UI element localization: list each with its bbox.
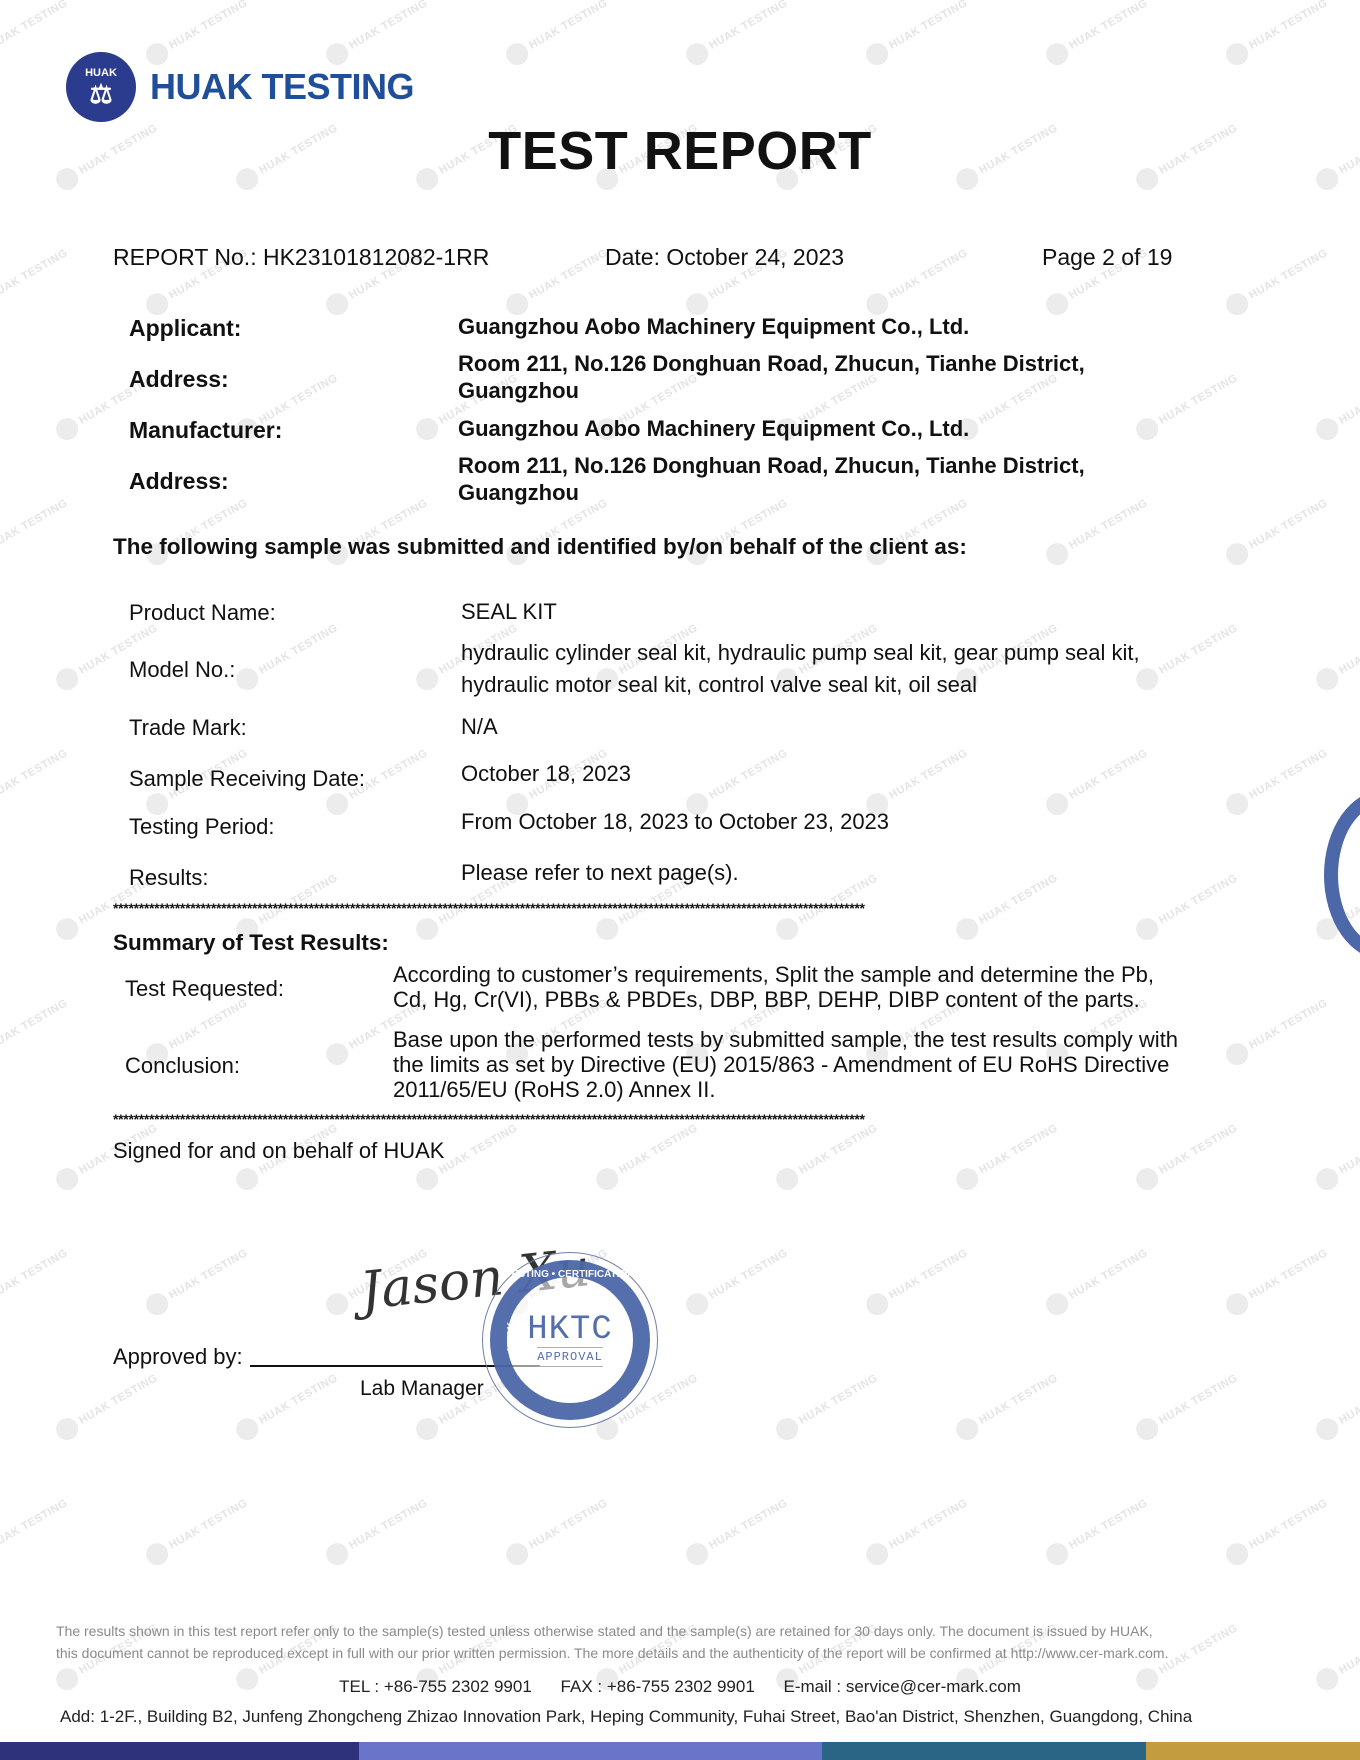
watermark: HUAK TESTING [1222, 243, 1332, 319]
stamp-ring-left-text: HUAK [506, 1322, 517, 1351]
disclaimer-line2: this document cannot be reproduced excep… [56, 1642, 1346, 1664]
watermark: HUAK TESTING [952, 1368, 1062, 1444]
watermark: HUAK TESTING [1222, 493, 1332, 569]
applicant-address-line2: Guangzhou [458, 377, 1085, 404]
product-name-label: Product Name: [129, 600, 276, 626]
email: E-mail : service@cer-mark.com [784, 1677, 1021, 1696]
fax: FAX : +86-755 2302 9901 [561, 1677, 755, 1696]
watermark: HUAK TESTING [862, 1243, 972, 1319]
model-no-label: Model No.: [129, 657, 235, 683]
watermark: HUAK TESTING [862, 1493, 972, 1569]
watermark: HUAK TESTING [1042, 743, 1152, 819]
approval-stamp: HKTC APPROVAL TESTING • CERTIFICATION HU… [482, 1252, 658, 1428]
huak-badge-icon: HUAK ⚖ [66, 52, 136, 122]
model-no-value: hydraulic cylinder seal kit, hydraulic p… [461, 637, 1140, 701]
watermark: HUAK TESTING [0, 243, 72, 319]
sample-intro: The following sample was submitted and i… [113, 534, 967, 560]
manufacturer-label: Manufacturer: [129, 417, 282, 444]
disclaimer: The results shown in this test report re… [56, 1620, 1346, 1664]
separator-bottom: ****************************************… [113, 1111, 1203, 1127]
watermark: HUAK TESTING [682, 1493, 792, 1569]
brand-name: HUAK TESTING [150, 66, 414, 108]
watermark: HUAK TESTING [0, 0, 72, 69]
manufacturer-address-line1: Room 211, No.126 Donghuan Road, Zhucun, … [458, 452, 1085, 479]
applicant-address-line1: Room 211, No.126 Donghuan Road, Zhucun, … [458, 350, 1085, 377]
page-title: TEST REPORT [0, 120, 1360, 182]
signed-for-text: Signed for and on behalf of HUAK [113, 1138, 444, 1164]
test-requested-line2: Cd, Hg, Cr(VI), PBBs & PBDEs, DBP, BBP, … [393, 987, 1154, 1012]
watermark: HUAK TESTING [1042, 1493, 1152, 1569]
watermark: HUAK TESTING [502, 243, 612, 319]
report-date: Date: October 24, 2023 [605, 244, 844, 271]
watermark: HUAK TESTING [502, 1493, 612, 1569]
model-no-line2: hydraulic motor seal kit, control valve … [461, 669, 1140, 701]
product-name-value: SEAL KIT [461, 596, 557, 628]
watermark: HUAK TESTING [1042, 1243, 1152, 1319]
watermark: HUAK TESTING [0, 743, 72, 819]
footer-bar-segment-4 [1146, 1742, 1360, 1760]
watermark: HUAK TESTING [862, 0, 972, 69]
separator-top: ****************************************… [113, 900, 1238, 916]
test-requested-line1: According to customer’s requirements, Sp… [393, 962, 1154, 987]
watermark: HUAK TESTING [952, 1118, 1062, 1194]
manufacturer-address-label: Address: [129, 468, 229, 495]
applicant-address-label: Address: [129, 366, 229, 393]
results-label: Results: [129, 865, 208, 891]
logo-badge-text: HUAK [85, 67, 117, 79]
applicant-address-value: Room 211, No.126 Donghuan Road, Zhucun, … [458, 350, 1085, 404]
sample-receiving-date-label: Sample Receiving Date: [129, 766, 365, 792]
telephone: TEL : +86-755 2302 9901 [339, 1677, 532, 1696]
watermark: HUAK TESTING [0, 493, 72, 569]
watermark: HUAK TESTING [142, 1493, 252, 1569]
watermark: HUAK TESTING [502, 0, 612, 69]
conclusion-line2: the limits as set by Directive (EU) 2015… [393, 1052, 1178, 1077]
lab-manager-label: Lab Manager [360, 1377, 484, 1401]
scales-of-justice-icon: ⚖ [89, 81, 112, 107]
stamp-main-text: HKTC [527, 1313, 613, 1347]
watermark: HUAK TESTING [142, 1243, 252, 1319]
conclusion-line3: 2011/65/EU (RoHS 2.0) Annex II. [393, 1077, 1178, 1102]
testing-period-value: From October 18, 2023 to October 23, 202… [461, 806, 889, 838]
applicant-label: Applicant: [129, 315, 241, 342]
watermark: HUAK TESTING [52, 1368, 162, 1444]
contact-info: TEL : +86-755 2302 9901 FAX : +86-755 23… [0, 1677, 1360, 1697]
watermark: HUAK TESTING [1222, 0, 1332, 69]
model-no-line1: hydraulic cylinder seal kit, hydraulic p… [461, 637, 1140, 669]
approved-by-label: Approved by: [113, 1344, 243, 1370]
summary-heading: Summary of Test Results: [113, 930, 389, 956]
watermark: HUAK TESTING [1312, 1368, 1360, 1444]
brand-logo: HUAK ⚖ HUAK TESTING [66, 52, 414, 122]
manufacturer-value: Guangzhou Aobo Machinery Equipment Co., … [458, 415, 969, 442]
stamp-ring-text: TESTING • CERTIFICATION [506, 1269, 635, 1280]
watermark: HUAK TESTING [862, 243, 972, 319]
testing-period-label: Testing Period: [129, 814, 275, 840]
watermark: HUAK TESTING [1222, 743, 1332, 819]
title-text: TEST REPORT [488, 121, 872, 181]
conclusion-label: Conclusion: [125, 1053, 240, 1079]
watermark: HUAK TESTING [1222, 993, 1332, 1069]
watermark: HUAK TESTING [682, 1243, 792, 1319]
applicant-value: Guangzhou Aobo Machinery Equipment Co., … [458, 313, 969, 340]
conclusion-line1: Base upon the performed tests by submitt… [393, 1027, 1178, 1052]
watermark: HUAK TESTING [1222, 1243, 1332, 1319]
watermark: HUAK TESTING [1312, 368, 1360, 444]
watermark: HUAK TESTING [1132, 618, 1242, 694]
watermark: HUAK TESTING [1222, 1493, 1332, 1569]
report-number: REPORT No.: HK23101812082-1RR [113, 244, 489, 271]
conclusion-value: Base upon the performed tests by submitt… [393, 1027, 1178, 1102]
footer-bar-segment-1 [0, 1742, 359, 1760]
watermark: HUAK TESTING [1132, 1118, 1242, 1194]
footer-bar-segment-3 [822, 1742, 1146, 1760]
watermark: HUAK TESTING [1312, 618, 1360, 694]
test-requested-label: Test Requested: [125, 976, 284, 1002]
company-address: Add: 1-2F., Building B2, Junfeng Zhongch… [60, 1707, 1192, 1727]
stamp-sub-text: APPROVAL [537, 1347, 603, 1367]
watermark: HUAK TESTING [232, 1368, 342, 1444]
watermark: HUAK TESTING [772, 1368, 882, 1444]
watermark: HUAK TESTING [232, 618, 342, 694]
page-indicator: Page 2 of 19 [1042, 244, 1172, 271]
watermark: HUAK TESTING [1132, 1368, 1242, 1444]
watermark: HUAK TESTING [1312, 1118, 1360, 1194]
results-value: Please refer to next page(s). [461, 857, 739, 889]
watermark: HUAK TESTING [1042, 0, 1152, 69]
watermark: HUAK TESTING [0, 1243, 72, 1319]
footer-bar-segment-2 [359, 1742, 822, 1760]
sample-receiving-date-value: October 18, 2023 [461, 758, 631, 790]
test-requested-value: According to customer’s requirements, Sp… [393, 962, 1154, 1012]
watermark: HUAK TESTING [0, 993, 72, 1069]
trade-mark-label: Trade Mark: [129, 715, 247, 741]
watermark: HUAK TESTING [322, 1493, 432, 1569]
watermark: HUAK TESTING [0, 1493, 72, 1569]
trade-mark-value: N/A [461, 711, 498, 743]
manufacturer-address-value: Room 211, No.126 Donghuan Road, Zhucun, … [458, 452, 1085, 506]
watermark: HUAK TESTING [772, 1118, 882, 1194]
watermark: HUAK TESTING [1132, 368, 1242, 444]
watermark: HUAK TESTING [682, 0, 792, 69]
watermark: HUAK TESTING [592, 1118, 702, 1194]
manufacturer-address-line2: Guangzhou [458, 479, 1085, 506]
disclaimer-line1: The results shown in this test report re… [56, 1620, 1346, 1642]
